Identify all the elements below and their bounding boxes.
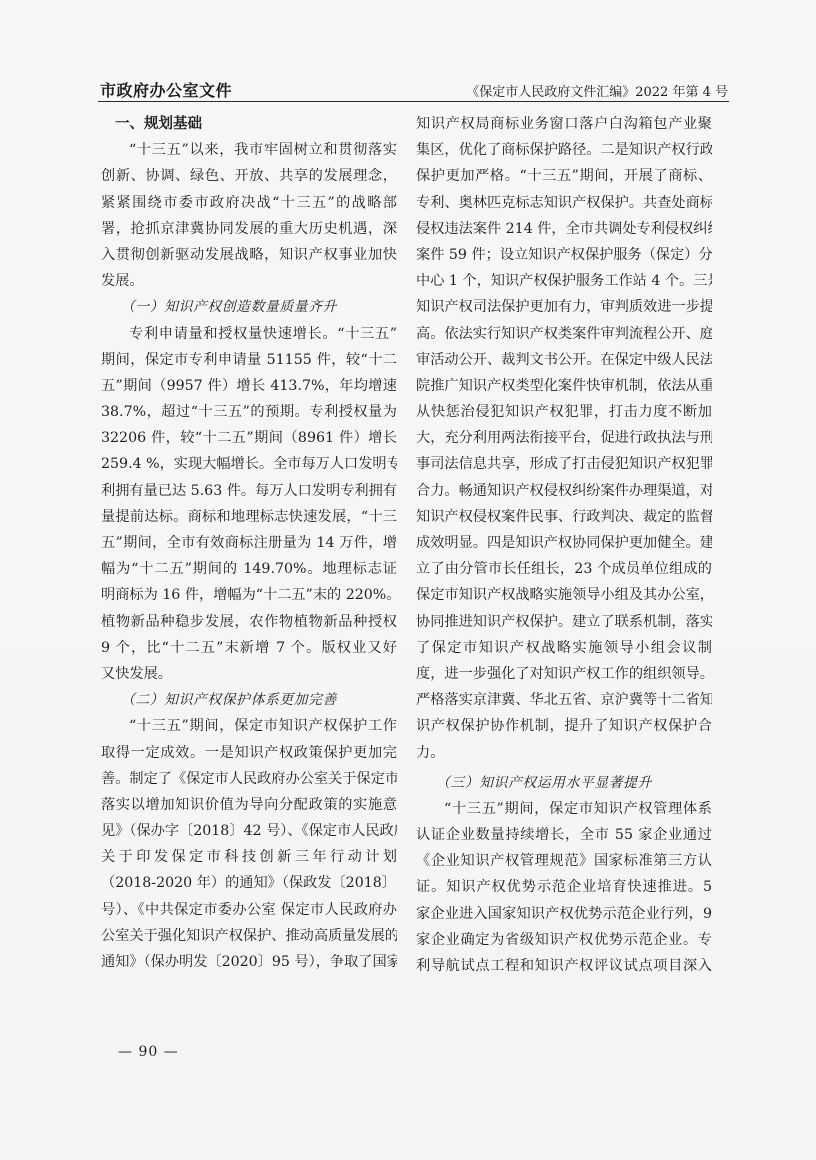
paragraph-line: 创新、协调、绿色、开放、共享的发展理念， bbox=[101, 163, 397, 189]
paragraph-line: 中心 1 个，知识产权保护服务工作站 4 个。三是 bbox=[416, 268, 712, 294]
heading-planning-basis: 一、规划基础 bbox=[101, 111, 397, 137]
paragraph-line: 协同推进知识产权保护。建立了联系机制，落实 bbox=[416, 609, 712, 635]
paragraph-line: 案件 59 件；设立知识产权保护服务（保定）分 bbox=[416, 242, 712, 268]
paragraph-line: 知识产权局商标业务窗口落户白沟箱包产业聚 bbox=[416, 111, 712, 137]
paragraph-line: 9 个，比“十二五”末新增 7 个。版权业又好 bbox=[101, 635, 397, 661]
paragraph-line: 又快发展。 bbox=[101, 661, 397, 687]
paragraph-line: 利导航试点工程和知识产权评议试点项目深入 bbox=[416, 953, 712, 979]
paragraph-line: 专利、奥林匹克标志知识产权保护。共查处商标 bbox=[416, 190, 712, 216]
paragraph-line: 院推广知识产权类型化案件快审机制，依法从重 bbox=[416, 373, 712, 399]
paragraph-line: 32206 件，较“十二五”期间（8961 件）增长 bbox=[101, 425, 397, 451]
subheading-creation: （一）知识产权创造数量质量齐升 bbox=[101, 294, 397, 320]
page-header: 市政府办公室文件 《保定市人民政府文件汇编》2022 年第 4 号 bbox=[100, 78, 728, 100]
subheading-utilization: （三）知识产权运用水平显著提升 bbox=[416, 770, 712, 796]
paragraph-line: 专利申请量和授权量快速增长。“十三五” bbox=[101, 321, 397, 347]
paragraph-line: 从快惩治侵犯知识产权犯罪，打击力度不断加 bbox=[416, 399, 712, 425]
paragraph-line: 取得一定成效。一是知识产权政策保护更加完 bbox=[101, 740, 397, 766]
paragraph-line: 公室关于强化知识产权保护、推动高质量发展的 bbox=[101, 923, 397, 949]
paragraph-line: 发展。 bbox=[101, 268, 397, 294]
paragraph-line: 事司法信息共享，形成了打击侵犯知识产权犯罪 bbox=[416, 451, 712, 477]
paragraph-line: “十三五”以来，我市牢固树立和贯彻落实 bbox=[101, 137, 397, 163]
left-column: 一、规划基础 “十三五”以来，我市牢固树立和贯彻落实 创新、协调、绿色、开放、共… bbox=[101, 111, 397, 975]
paragraph-line: 紧紧围绕市委市政府决战“十三五”的战略部 bbox=[101, 190, 397, 216]
paragraph-line: 通知》（保办明发〔2020〕95 号），争取了国家 bbox=[101, 949, 397, 975]
paragraph-line: 高。依法实行知识产权类案件审判流程公开、庭 bbox=[416, 321, 712, 347]
paragraph-line: 署，抢抓京津冀协同发展的重大历史机遇，深 bbox=[101, 216, 397, 242]
section-title: 市政府办公室文件 bbox=[100, 78, 232, 101]
publication-title: 《保定市人民政府文件汇编》2022 年第 4 号 bbox=[466, 81, 728, 100]
header-divider bbox=[98, 101, 729, 102]
paragraph-line: “十三五”期间，保定市知识产权保护工作 bbox=[101, 713, 397, 739]
paragraph-line: 《企业知识产权管理规范》国家标准第三方认 bbox=[416, 848, 712, 874]
paragraph-line: 38.7%，超过“十三五”的预期。专利授权量为 bbox=[101, 399, 397, 425]
paragraph-line: 259.4 %，实现大幅增长。全市每万人口发明专 bbox=[101, 451, 397, 477]
paragraph-line: 证。知识产权优势示范企业培育快速推进。5 bbox=[416, 874, 712, 900]
paragraph-line: 知识产权司法保护更加有力，审判质效进一步提 bbox=[416, 294, 712, 320]
paragraph-line: 立了由分管市长任组长，23 个成员单位组成的 bbox=[416, 556, 712, 582]
paragraph-line: 成效明显。四是知识产权协同保护更加健全。建 bbox=[416, 530, 712, 556]
paragraph-line: （2018-2020 年）的通知》（保政发〔2018〕11 bbox=[101, 870, 397, 896]
paragraph-line: 家企业进入国家知识产权优势示范企业行列，9 bbox=[416, 901, 712, 927]
paragraph-line: 严格落实京津冀、华北五省、京沪冀等十二省知 bbox=[416, 687, 712, 713]
paragraph-line: 关于印发保定市科技创新三年行动计划 bbox=[101, 844, 397, 870]
paragraph-line: “十三五”期间，保定市知识产权管理体系 bbox=[416, 796, 712, 822]
paragraph-line: 明商标为 16 件，增幅为“十二五”末的 220%。 bbox=[101, 582, 397, 608]
paragraph-line: 量提前达标。商标和地理标志快速发展，“十三 bbox=[101, 504, 397, 530]
paragraph-line: 度，进一步强化了对知识产权工作的组织领导。 bbox=[416, 661, 712, 687]
paragraph-line: 落实以增加知识价值为导向分配政策的实施意 bbox=[101, 792, 397, 818]
paragraph-line: 审活动公开、裁判文书公开。在保定中级人民法 bbox=[416, 347, 712, 373]
subheading-protection: （二）知识产权保护体系更加完善 bbox=[101, 687, 397, 713]
page-number: — 90 — bbox=[118, 1044, 179, 1060]
document-page: 市政府办公室文件 《保定市人民政府文件汇编》2022 年第 4 号 一、规划基础… bbox=[0, 0, 816, 1160]
paragraph-line: 五”期间（9957 件）增长 413.7%，年均增速 bbox=[101, 373, 397, 399]
paragraph-line: 期间，保定市专利申请量 51155 件，较“十二 bbox=[101, 347, 397, 373]
paragraph-line: 保护更加严格。“十三五”期间，开展了商标、 bbox=[416, 163, 712, 189]
paragraph-line: 家企业确定为省级知识产权优势示范企业。专 bbox=[416, 927, 712, 953]
paragraph-line: 善。制定了《保定市人民政府办公室关于保定市 bbox=[101, 766, 397, 792]
right-column: 知识产权局商标业务窗口落户白沟箱包产业聚 集区，优化了商标保护路径。二是知识产权… bbox=[416, 111, 712, 979]
paragraph-line: 见》（保办字〔2018〕42 号）、《保定市人民政府 bbox=[101, 818, 397, 844]
paragraph-line: 保定市知识产权战略实施领导小组及其办公室， bbox=[416, 582, 712, 608]
paragraph-line: 集区，优化了商标保护路径。二是知识产权行政 bbox=[416, 137, 712, 163]
paragraph-line: 合力。畅通知识产权侵权纠纷案件办理渠道，对 bbox=[416, 478, 712, 504]
paragraph-line: 号）、《中共保定市委办公室 保定市人民政府办 bbox=[101, 897, 397, 923]
paragraph-line: 识产权保护协作机制，提升了知识产权保护合 bbox=[416, 713, 712, 739]
paragraph-line: 力。 bbox=[416, 740, 712, 766]
paragraph-line: 幅为“十二五”期间的 149.70%。地理标志证 bbox=[101, 556, 397, 582]
paragraph-line: 入贯彻创新驱动发展战略，知识产权事业加快 bbox=[101, 242, 397, 268]
paragraph-line: 知识产权侵权案件民事、行政判决、裁定的监督 bbox=[416, 504, 712, 530]
paragraph-line: 侵权违法案件 214 件，全市共调处专利侵权纠纷 bbox=[416, 216, 712, 242]
paragraph-line: 植物新品种稳步发展，农作物植物新品种授权 bbox=[101, 609, 397, 635]
paragraph-line: 大，充分利用两法衔接平台，促进行政执法与刑 bbox=[416, 425, 712, 451]
paragraph-line: 五”期间，全市有效商标注册量为 14 万件，增 bbox=[101, 530, 397, 556]
paragraph-line: 了保定市知识产权战略实施领导小组会议制 bbox=[416, 635, 712, 661]
paragraph-line: 利拥有量已达 5.63 件。每万人口发明专利拥有 bbox=[101, 478, 397, 504]
paragraph-line: 认证企业数量持续增长，全市 55 家企业通过 bbox=[416, 822, 712, 848]
